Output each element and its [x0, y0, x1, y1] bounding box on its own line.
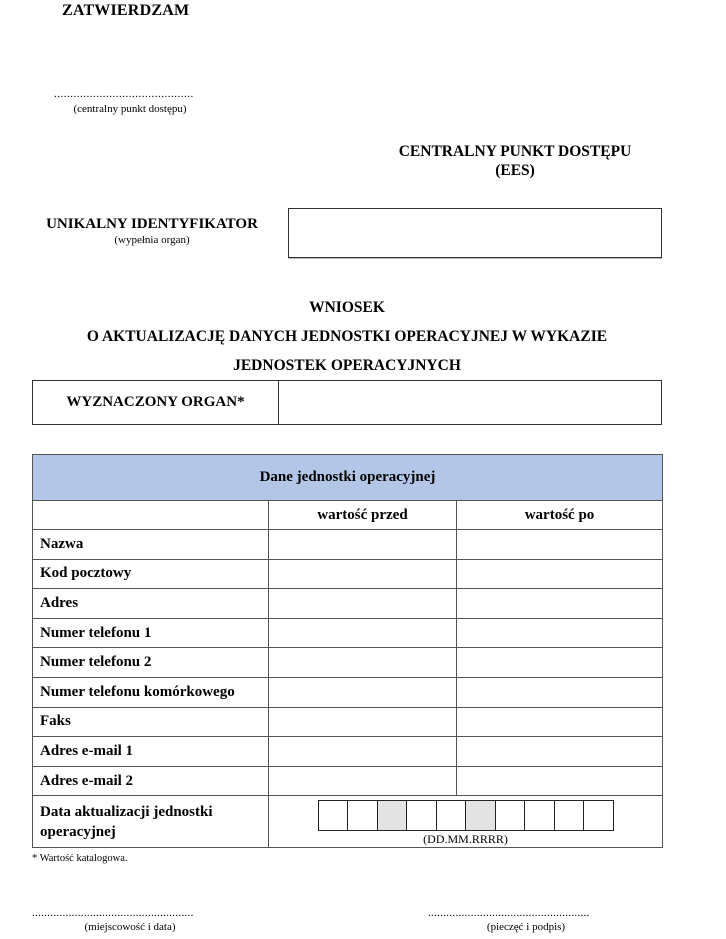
update-date-boxes [318, 800, 614, 831]
value-after-field[interactable] [457, 618, 663, 648]
table-row: Adres [33, 589, 663, 619]
central-heading-line2: (EES) [330, 161, 700, 180]
footnote: * Wartość katalogowa. [32, 853, 127, 864]
row-label: Numer telefonu 1 [33, 618, 269, 648]
update-date-label: Data aktualizacji jednostki operacyjnej [33, 796, 269, 848]
date-digit-box[interactable] [318, 800, 349, 831]
place-date-signature-line: ........................................… [32, 907, 194, 919]
date-separator-box [377, 800, 408, 831]
value-after-field[interactable] [457, 530, 663, 560]
table-row: Numer telefonu komórkowego [33, 677, 663, 707]
date-digit-box[interactable] [436, 800, 467, 831]
row-label: Adres e-mail 1 [33, 737, 269, 767]
column-header-before: wartość przed [269, 501, 457, 530]
row-label: Kod pocztowy [33, 559, 269, 589]
approval-caption: (centralny punkt dostępu) [54, 103, 206, 115]
request-title: WNIOSEK O AKTUALIZACJĘ DANYCH JEDNOSTKI … [30, 293, 664, 380]
table-row: Kod pocztowy [33, 559, 663, 589]
value-after-field[interactable] [457, 707, 663, 737]
value-before-field[interactable] [269, 559, 457, 589]
value-before-field[interactable] [269, 707, 457, 737]
row-label: Numer telefonu 2 [33, 648, 269, 678]
unique-identifier-title: UNIKALNY IDENTYFIKATOR [28, 216, 276, 233]
unique-identifier-label: UNIKALNY IDENTYFIKATOR (wypełnia organ) [28, 216, 276, 247]
value-after-field[interactable] [457, 737, 663, 767]
row-label: Numer telefonu komórkowego [33, 677, 269, 707]
update-date-cell: (DD.MM.RRRR) [269, 796, 663, 848]
table-row: Nazwa [33, 530, 663, 560]
date-separator-box [465, 800, 496, 831]
approval-heading: ZATWIERDZAM [62, 2, 189, 20]
unique-identifier-sublabel: (wypełnia organ) [28, 233, 276, 247]
column-header-label [33, 501, 269, 530]
value-after-field[interactable] [457, 648, 663, 678]
value-before-field[interactable] [269, 589, 457, 619]
date-format-hint: (DD.MM.RRRR) [423, 832, 508, 847]
designated-authority-field[interactable] [279, 381, 661, 424]
date-digit-box[interactable] [583, 800, 614, 831]
table-column-headers: wartość przed wartość po [33, 501, 663, 530]
update-date-label-line2: operacyjnej [40, 822, 268, 842]
table-row: Numer telefonu 1 [33, 618, 663, 648]
place-date-caption: (miejscowość i data) [32, 921, 228, 933]
value-after-field[interactable] [457, 766, 663, 796]
update-date-label-line1: Data aktualizacji jednostki [40, 802, 268, 822]
table-row: Faks [33, 707, 663, 737]
value-before-field[interactable] [269, 648, 457, 678]
value-before-field[interactable] [269, 766, 457, 796]
column-header-after: wartość po [457, 501, 663, 530]
value-after-field[interactable] [457, 559, 663, 589]
row-label: Adres [33, 589, 269, 619]
stamp-signature-line: ........................................… [428, 907, 590, 919]
table-row: Adres e-mail 1 [33, 737, 663, 767]
stamp-signature-caption: (pieczęć i podpis) [428, 921, 624, 933]
table-title: Dane jednostki operacyjnej [33, 455, 663, 501]
table-row: Numer telefonu 2 [33, 648, 663, 678]
date-digit-box[interactable] [406, 800, 437, 831]
date-digit-box[interactable] [495, 800, 526, 831]
date-digit-box[interactable] [554, 800, 585, 831]
operational-unit-data-table: Dane jednostki operacyjnej wartość przed… [32, 454, 663, 848]
row-label: Nazwa [33, 530, 269, 560]
approval-signature-line: ........................................… [54, 88, 194, 100]
date-digit-box[interactable] [524, 800, 555, 831]
unique-identifier-field[interactable] [288, 208, 662, 258]
value-before-field[interactable] [269, 677, 457, 707]
value-before-field[interactable] [269, 618, 457, 648]
value-after-field[interactable] [457, 677, 663, 707]
request-title-line3: JEDNOSTEK OPERACYJNYCH [30, 351, 664, 380]
table-row-update-date: Data aktualizacji jednostki operacyjnej … [33, 796, 663, 848]
value-before-field[interactable] [269, 737, 457, 767]
central-access-point-heading: CENTRALNY PUNKT DOSTĘPU (EES) [330, 142, 700, 180]
date-digit-box[interactable] [347, 800, 378, 831]
request-title-line2: O AKTUALIZACJĘ DANYCH JEDNOSTKI OPERACYJ… [30, 322, 664, 351]
row-label: Adres e-mail 2 [33, 766, 269, 796]
designated-authority-box: WYZNACZONY ORGAN* [32, 380, 662, 425]
row-label: Faks [33, 707, 269, 737]
value-before-field[interactable] [269, 530, 457, 560]
request-title-line1: WNIOSEK [30, 293, 664, 322]
designated-authority-label: WYZNACZONY ORGAN* [33, 381, 279, 424]
central-heading-line1: CENTRALNY PUNKT DOSTĘPU [330, 142, 700, 161]
value-after-field[interactable] [457, 589, 663, 619]
table-row: Adres e-mail 2 [33, 766, 663, 796]
